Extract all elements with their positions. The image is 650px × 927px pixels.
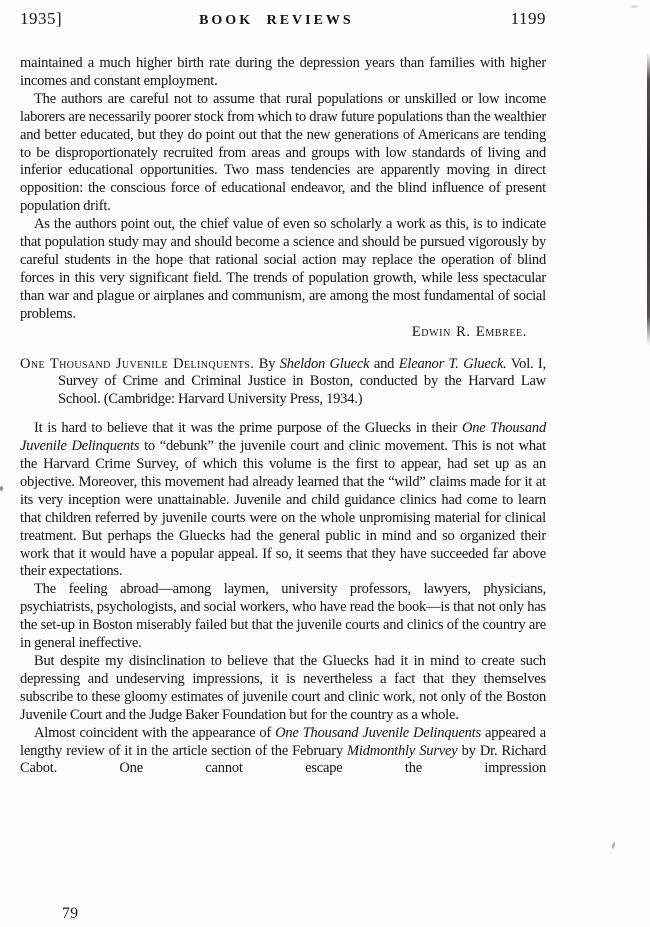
italic-title-text: Sheldon Glueck xyxy=(280,356,370,372)
scan-speck xyxy=(611,842,616,850)
header-section-title: BOOK REVIEWS xyxy=(199,13,354,29)
text-run: The feeling abroad—among laymen, univers… xyxy=(20,581,546,651)
paragraph: The authors are careful not to assume th… xyxy=(20,91,546,216)
header-year: 1935] xyxy=(20,9,62,29)
text-run: As the authors point out, the chief valu… xyxy=(20,216,546,322)
running-header: 1935] BOOK REVIEWS 1199 xyxy=(20,9,546,32)
text-run: The authors are careful not to assume th… xyxy=(20,91,546,214)
paragraph: Almost coincident with the appearance of… xyxy=(20,725,546,779)
paragraph: As the authors point out, the chief valu… xyxy=(20,216,546,323)
text-column: 1935] BOOK REVIEWS 1199 maintained a muc… xyxy=(20,0,546,778)
journal-page: 1935] BOOK REVIEWS 1199 maintained a muc… xyxy=(0,0,650,927)
text-run: and xyxy=(369,356,398,372)
text-run: Almost coincident with the appearance of xyxy=(34,725,275,741)
book-citation: One Thousand Juvenile Delinquents. By Sh… xyxy=(20,356,546,410)
text-run: to “debunk” the juvenile court and clini… xyxy=(20,438,546,579)
header-page-number: 1199 xyxy=(511,9,546,29)
text-run: It is hard to believe that it was the pr… xyxy=(34,420,462,436)
text-run: By xyxy=(254,356,280,372)
paragraph: But despite my disinclination to believe… xyxy=(20,653,546,725)
small-caps-title-text: One Thousand Juvenile Delinquents. xyxy=(20,356,254,372)
italic-title-text: Eleanor T. Glueck. xyxy=(399,356,507,372)
page-body: maintained a much higher birth rate duri… xyxy=(20,55,546,778)
text-run: maintained a much higher birth rate duri… xyxy=(20,55,546,89)
footer-page-number: 79 xyxy=(62,905,79,923)
italic-title-text: One Thousand Juvenile Delinquents xyxy=(275,725,481,741)
text-run: But despite my disinclination to believe… xyxy=(20,653,546,723)
scan-speck xyxy=(0,486,3,491)
italic-title-text: Midmonthly Survey xyxy=(347,743,457,759)
paragraph: The feeling abroad—among laymen, univers… xyxy=(20,581,546,653)
paragraph: maintained a much higher birth rate duri… xyxy=(20,55,546,91)
paragraph: It is hard to believe that it was the pr… xyxy=(20,420,546,581)
scan-speck xyxy=(630,5,638,8)
reviewer-signature: Edwin R. Embree. xyxy=(20,324,546,342)
